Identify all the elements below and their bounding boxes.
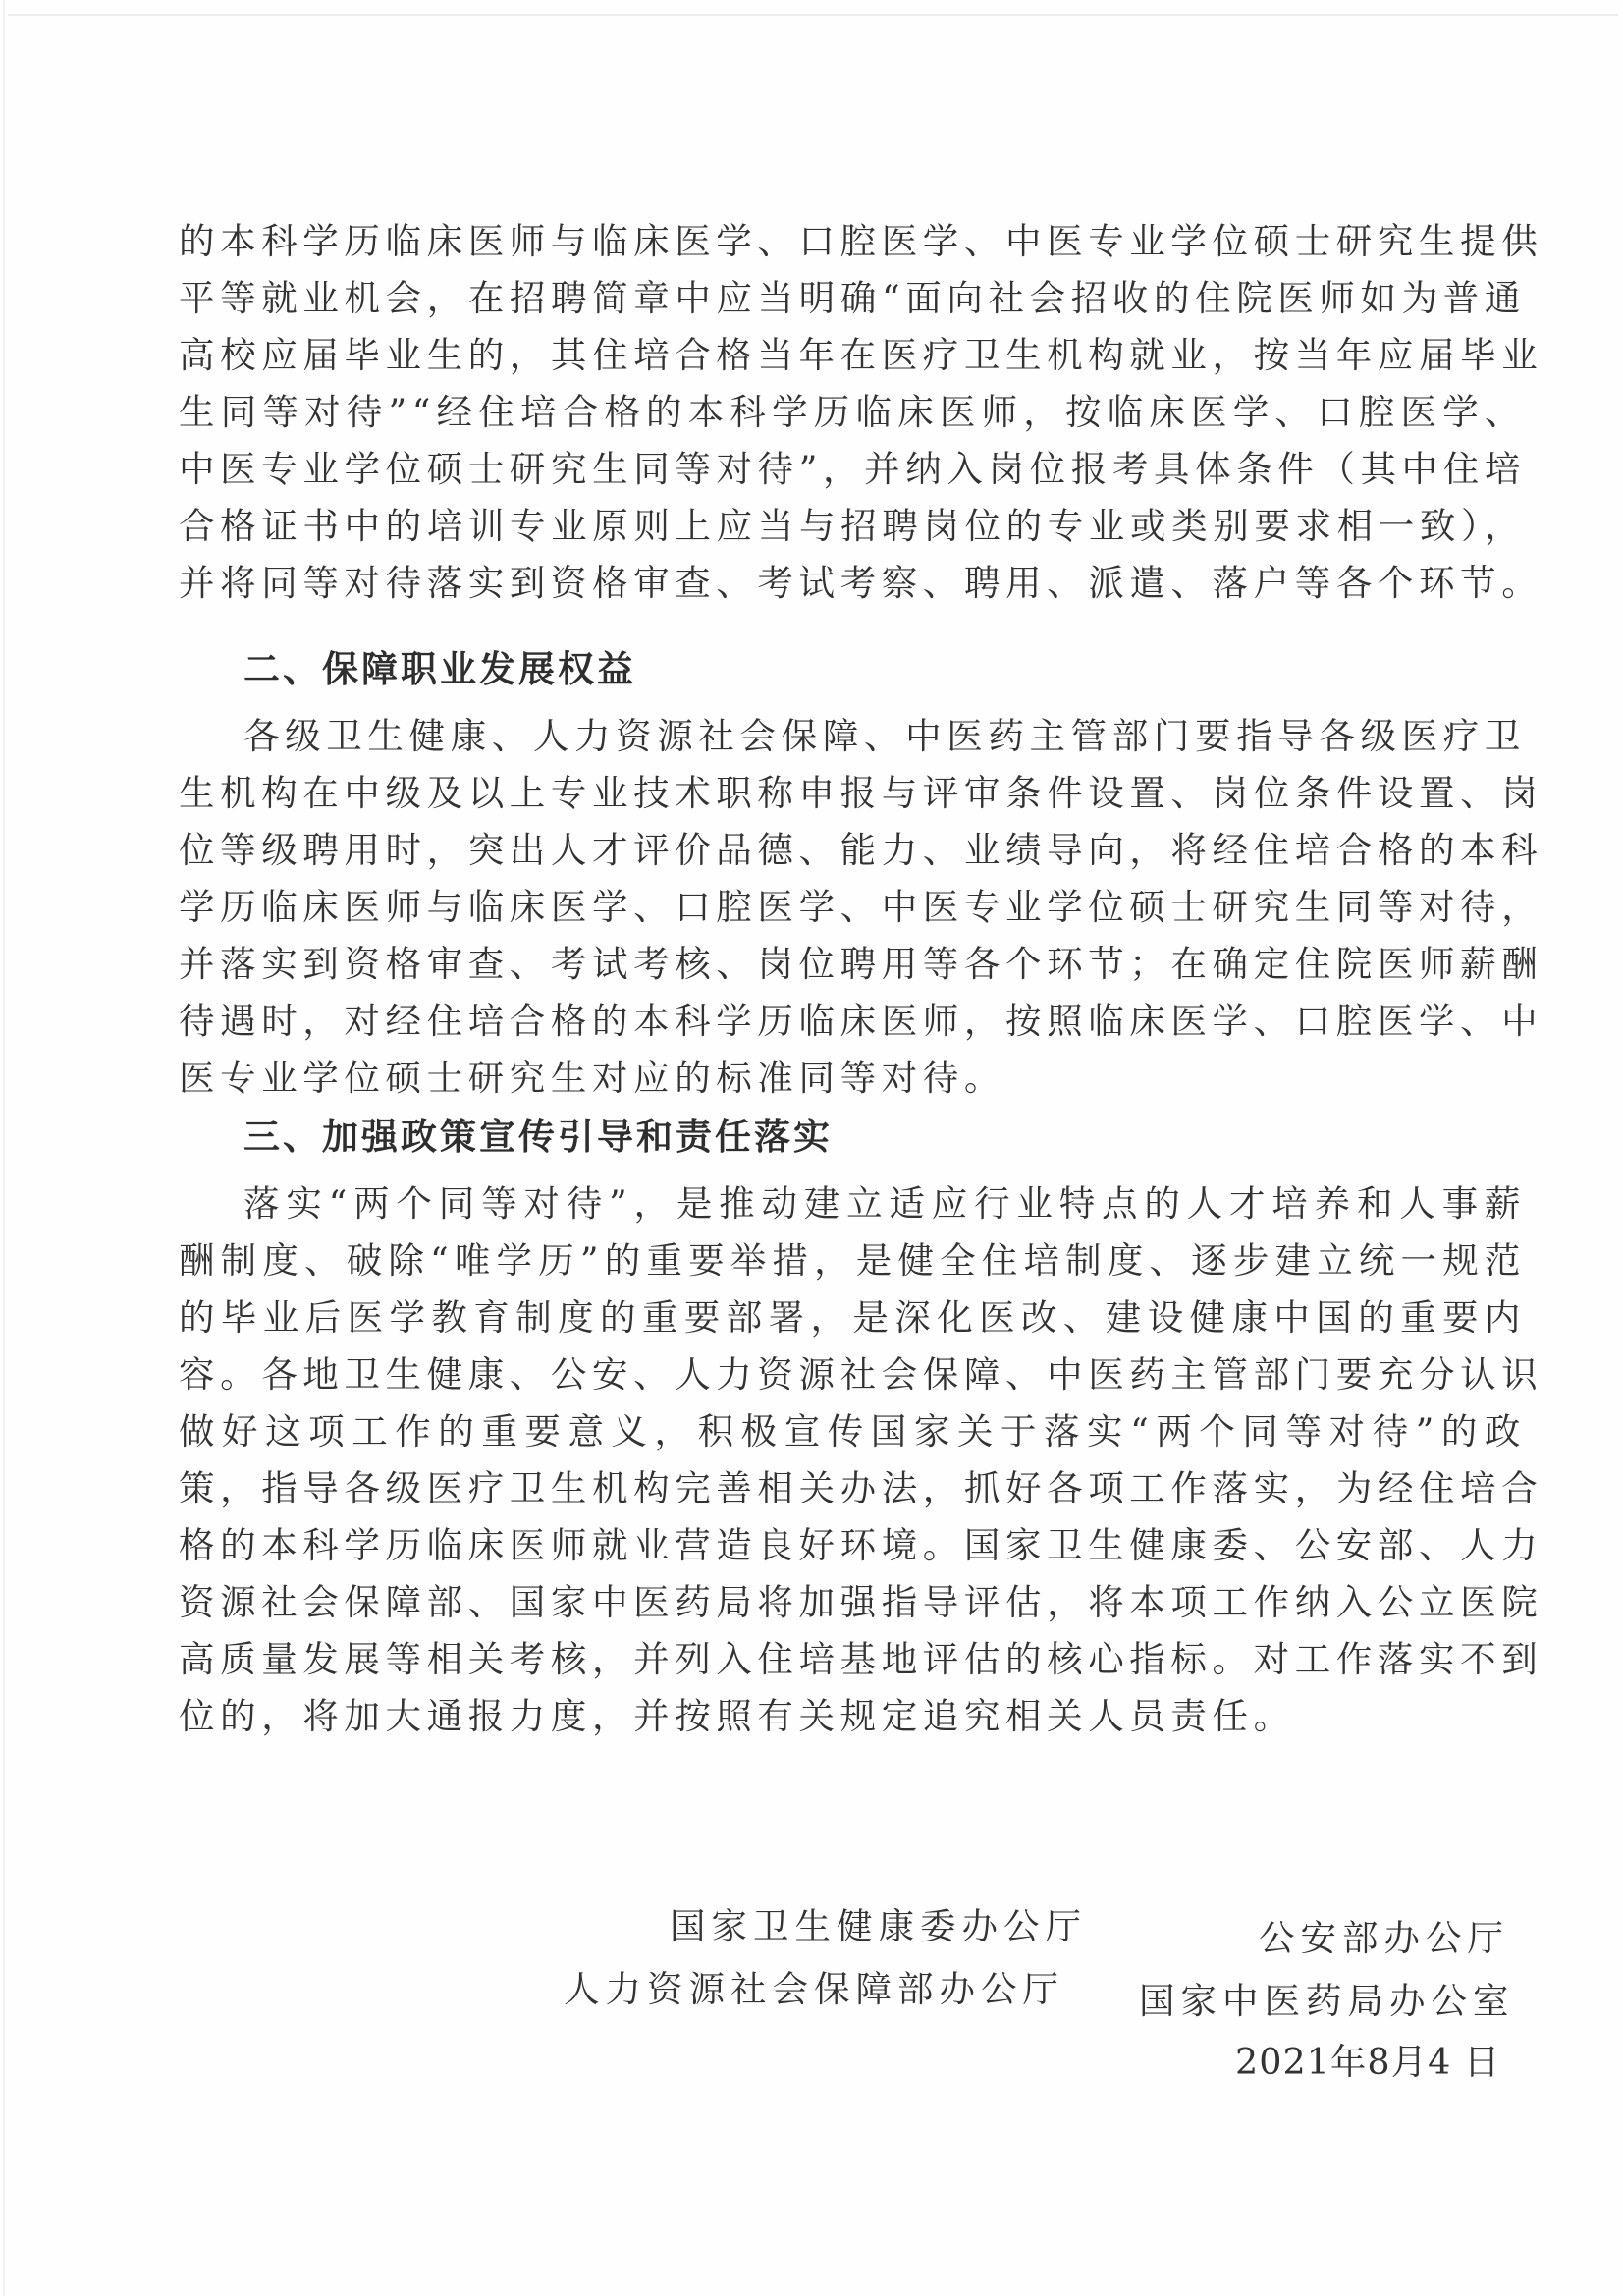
signature-natcm-office: 国家中医药局办公室 bbox=[1139, 1974, 1515, 2029]
body-line: 合格证书中的培训专业原则上应当与招聘岗位的专业或类别要求相一致）， bbox=[179, 499, 1526, 554]
document-page: 的本科学历临床医师与临床医学、口腔医学、中医专业学位硕士研究生提供 平等就业机会… bbox=[0, 0, 1623, 2296]
body-line: 容。各地卫生健康、公安、人力资源社会保障、中医药主管部门要充分认识 bbox=[179, 1347, 1526, 1402]
body-line: 做好这项工作的重要意义，积极宣传国家关于落实“两个同等对待”的政 bbox=[179, 1404, 1526, 1459]
body-line: 位等级聘用时，突出人才评价品德、能力、业绩导向，将经住培合格的本科 bbox=[179, 823, 1526, 878]
section-heading-3: 三、加强政策宣传引导和责任落实 bbox=[243, 1108, 833, 1167]
body-line: 高质量发展等相关考核，并列入住培基地评估的核心指标。对工作落实不到 bbox=[179, 1632, 1526, 1687]
body-line: 医专业学位硕士研究生对应的标准同等对待。 bbox=[179, 1051, 1526, 1106]
body-line: 生同等对待”“经住培合格的本科学历临床医师，按临床医学、口腔医学、 bbox=[179, 385, 1526, 440]
body-line: 学历临床医师与临床医学、口腔医学、中医专业学位硕士研究生同等对待， bbox=[179, 880, 1526, 935]
scan-edge-left bbox=[3, 0, 5, 2296]
body-line: 酬制度、破除“唯学历”的重要举措，是健全住培制度、逐步建立统一规范 bbox=[179, 1233, 1526, 1288]
body-line: 各级卫生健康、人力资源社会保障、中医药主管部门要指导各级医疗卫 bbox=[243, 709, 1526, 764]
body-line: 生机构在中级及以上专业技术职称申报与评审条件设置、岗位条件设置、岗 bbox=[179, 766, 1526, 821]
body-line: 落实“两个同等对待”，是推动建立适应行业特点的人才培养和人事薪 bbox=[243, 1176, 1526, 1231]
document-date: 2021年8月4 日 bbox=[1235, 2035, 1500, 2090]
body-line: 资源社会保障部、国家中医药局将加强指导评估，将本项工作纳入公立医院 bbox=[179, 1575, 1526, 1630]
body-line: 并落实到资格审查、考试考核、岗位聘用等各个环节；在确定住院医师薪酬 bbox=[179, 937, 1526, 992]
body-line: 平等就业机会，在招聘简章中应当明确“面向社会招收的住院医师如为普通 bbox=[179, 271, 1526, 326]
signature-nhc-office: 国家卫生健康委办公厅 bbox=[670, 1899, 1087, 1954]
signature-mps-office: 公安部办公厅 bbox=[1259, 1911, 1509, 1966]
body-line: 待遇时，对经住培合格的本科学历临床医师，按照临床医学、口腔医学、中 bbox=[179, 994, 1526, 1049]
body-line: 中医专业学位硕士研究生同等对待”，并纳入岗位报考具体条件（其中住培 bbox=[179, 442, 1526, 497]
body-line: 的本科学历临床医师与临床医学、口腔医学、中医专业学位硕士研究生提供 bbox=[179, 214, 1526, 269]
body-line: 并将同等对待落实到资格审查、考试考察、聘用、派遣、落户等各个环节。 bbox=[179, 556, 1526, 611]
body-line: 格的本科学历临床医师就业营造良好环境。国家卫生健康委、公安部、人力 bbox=[179, 1518, 1526, 1573]
section-heading-2: 二、保障职业发展权益 bbox=[243, 640, 636, 699]
scan-edge-top bbox=[8, 14, 1618, 16]
signature-mohrss-office: 人力资源社会保障部办公厅 bbox=[564, 1962, 1064, 2017]
body-line: 高校应届毕业生的，其住培合格当年在医疗卫生机构就业，按当年应届毕业 bbox=[179, 328, 1526, 383]
body-line: 策，指导各级医疗卫生机构完善相关办法，抓好各项工作落实，为经住培合 bbox=[179, 1461, 1526, 1516]
body-line: 的毕业后医学教育制度的重要部署，是深化医改、建设健康中国的重要内 bbox=[179, 1290, 1526, 1345]
body-line: 位的，将加大通报力度，并按照有关规定追究相关人员责任。 bbox=[179, 1689, 1526, 1744]
